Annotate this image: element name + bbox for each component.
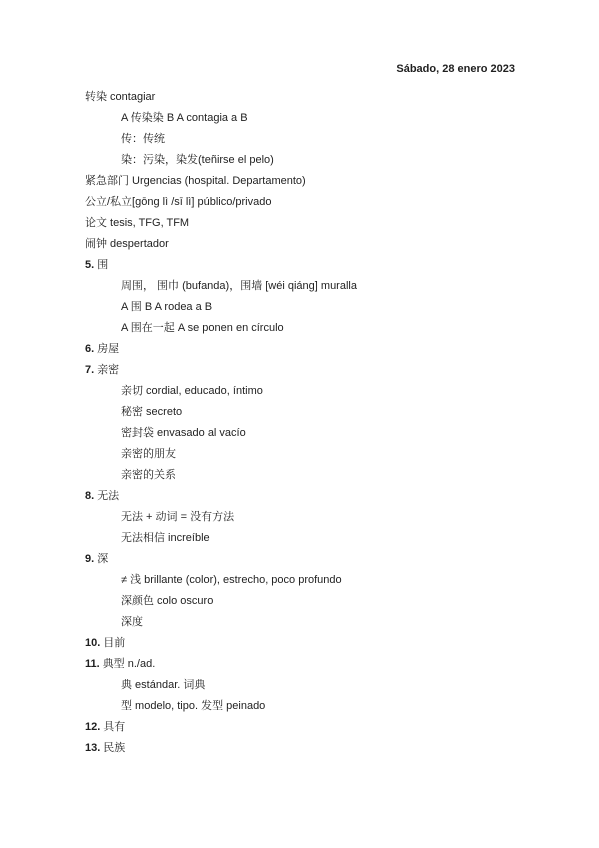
line-text: 典 estándar. 词典 <box>121 679 205 691</box>
line-text: 亲密的关系 <box>121 469 176 481</box>
document-line: 深度 <box>85 612 515 633</box>
list-number: 5. <box>85 259 94 271</box>
list-number: 12. <box>85 721 100 733</box>
line-text: 染：污染，染发(teñirse el pelo) <box>121 154 274 166</box>
document-line: 周围， 围巾 (bufanda)，围墙 [wéi qiáng] muralla <box>85 276 515 297</box>
line-text: 转染 contagiar <box>85 91 155 103</box>
list-number: 9. <box>85 553 94 565</box>
line-text: 无法 + 动词 = 没有方法 <box>121 511 234 523</box>
document-line: 传：传统 <box>85 129 515 150</box>
line-text: 闹钟 despertador <box>85 238 169 250</box>
line-text: A 传染染 B A contagia a B <box>121 112 248 124</box>
list-number: 7. <box>85 364 94 376</box>
document-line: 公立/私立[gōng lì /sī lì] público/privado <box>85 192 515 213</box>
document-line: 闹钟 despertador <box>85 234 515 255</box>
document-line: 亲密的关系 <box>85 465 515 486</box>
list-number: 10. <box>85 637 100 649</box>
line-text: 周围， 围巾 (bufanda)，围墙 [wéi qiáng] muralla <box>121 280 357 292</box>
date-heading: Sábado, 28 enero 2023 <box>85 59 515 80</box>
line-text: 秘密 secreto <box>121 406 182 418</box>
list-number: 8. <box>85 490 94 502</box>
line-text: 房屋 <box>97 343 119 355</box>
line-text: ≠ 浅 brillante (color), estrecho, poco pr… <box>121 574 342 586</box>
document-line: 密封袋 envasado al vacío <box>85 423 515 444</box>
line-text: A 围 B A rodea a B <box>121 301 212 313</box>
document-line: 5.围 <box>85 255 515 276</box>
line-text: 传：传统 <box>121 133 165 145</box>
line-text: 民族 <box>103 742 125 754</box>
document-line: 无法 + 动词 = 没有方法 <box>85 507 515 528</box>
document-line: 秘密 secreto <box>85 402 515 423</box>
document-line: A 围在一起 A se ponen en círculo <box>85 318 515 339</box>
document-line: ≠ 浅 brillante (color), estrecho, poco pr… <box>85 570 515 591</box>
line-text: A 围在一起 A se ponen en círculo <box>121 322 284 334</box>
document-line: 11.典型 n./ad. <box>85 654 515 675</box>
document-line: 紧急部门 Urgencias (hospital. Departamento) <box>85 171 515 192</box>
document-line: 深颜色 colo oscuro <box>85 591 515 612</box>
document-line: 10.目前 <box>85 633 515 654</box>
line-text: 无法 <box>97 490 119 502</box>
document-line: 型 modelo, tipo. 发型 peinado <box>85 696 515 717</box>
document-lines: 转染 contagiarA 传染染 B A contagia a B传：传统染：… <box>85 87 515 759</box>
line-text: 公立/私立[gōng lì /sī lì] público/privado <box>85 196 271 208</box>
document-page: Sábado, 28 enero 2023 转染 contagiarA 传染染 … <box>0 0 599 848</box>
line-text: 亲切 cordial, educado, íntimo <box>121 385 263 397</box>
document-line: 转染 contagiar <box>85 87 515 108</box>
list-number: 13. <box>85 742 100 754</box>
document-line: 6.房屋 <box>85 339 515 360</box>
line-text: 具有 <box>103 721 125 733</box>
line-text: 紧急部门 Urgencias (hospital. Departamento) <box>85 175 306 187</box>
document-line: 13.民族 <box>85 738 515 759</box>
line-text: 深度 <box>121 616 143 628</box>
line-text: 围 <box>97 259 108 271</box>
line-text: 亲密 <box>97 364 119 376</box>
line-text: 型 modelo, tipo. 发型 peinado <box>121 700 265 712</box>
document-content: Sábado, 28 enero 2023 转染 contagiarA 传染染 … <box>85 59 515 759</box>
line-text: 论文 tesis, TFG, TFM <box>85 217 189 229</box>
list-number: 11. <box>85 658 100 670</box>
list-number: 6. <box>85 343 94 355</box>
line-text: 典型 n./ad. <box>103 658 156 670</box>
line-text: 亲密的朋友 <box>121 448 176 460</box>
document-line: A 围 B A rodea a B <box>85 297 515 318</box>
document-line: 亲切 cordial, educado, íntimo <box>85 381 515 402</box>
document-line: 无法相信 increíble <box>85 528 515 549</box>
document-line: 8.无法 <box>85 486 515 507</box>
document-line: 亲密的朋友 <box>85 444 515 465</box>
document-line: 9.深 <box>85 549 515 570</box>
line-text: 目前 <box>103 637 125 649</box>
document-line: 12.具有 <box>85 717 515 738</box>
line-text: 深 <box>97 553 108 565</box>
document-line: 典 estándar. 词典 <box>85 675 515 696</box>
document-line: 论文 tesis, TFG, TFM <box>85 213 515 234</box>
document-line: 染：污染，染发(teñirse el pelo) <box>85 150 515 171</box>
document-line: A 传染染 B A contagia a B <box>85 108 515 129</box>
line-text: 深颜色 colo oscuro <box>121 595 213 607</box>
document-line: 7.亲密 <box>85 360 515 381</box>
line-text: 密封袋 envasado al vacío <box>121 427 246 439</box>
line-text: 无法相信 increíble <box>121 532 210 544</box>
